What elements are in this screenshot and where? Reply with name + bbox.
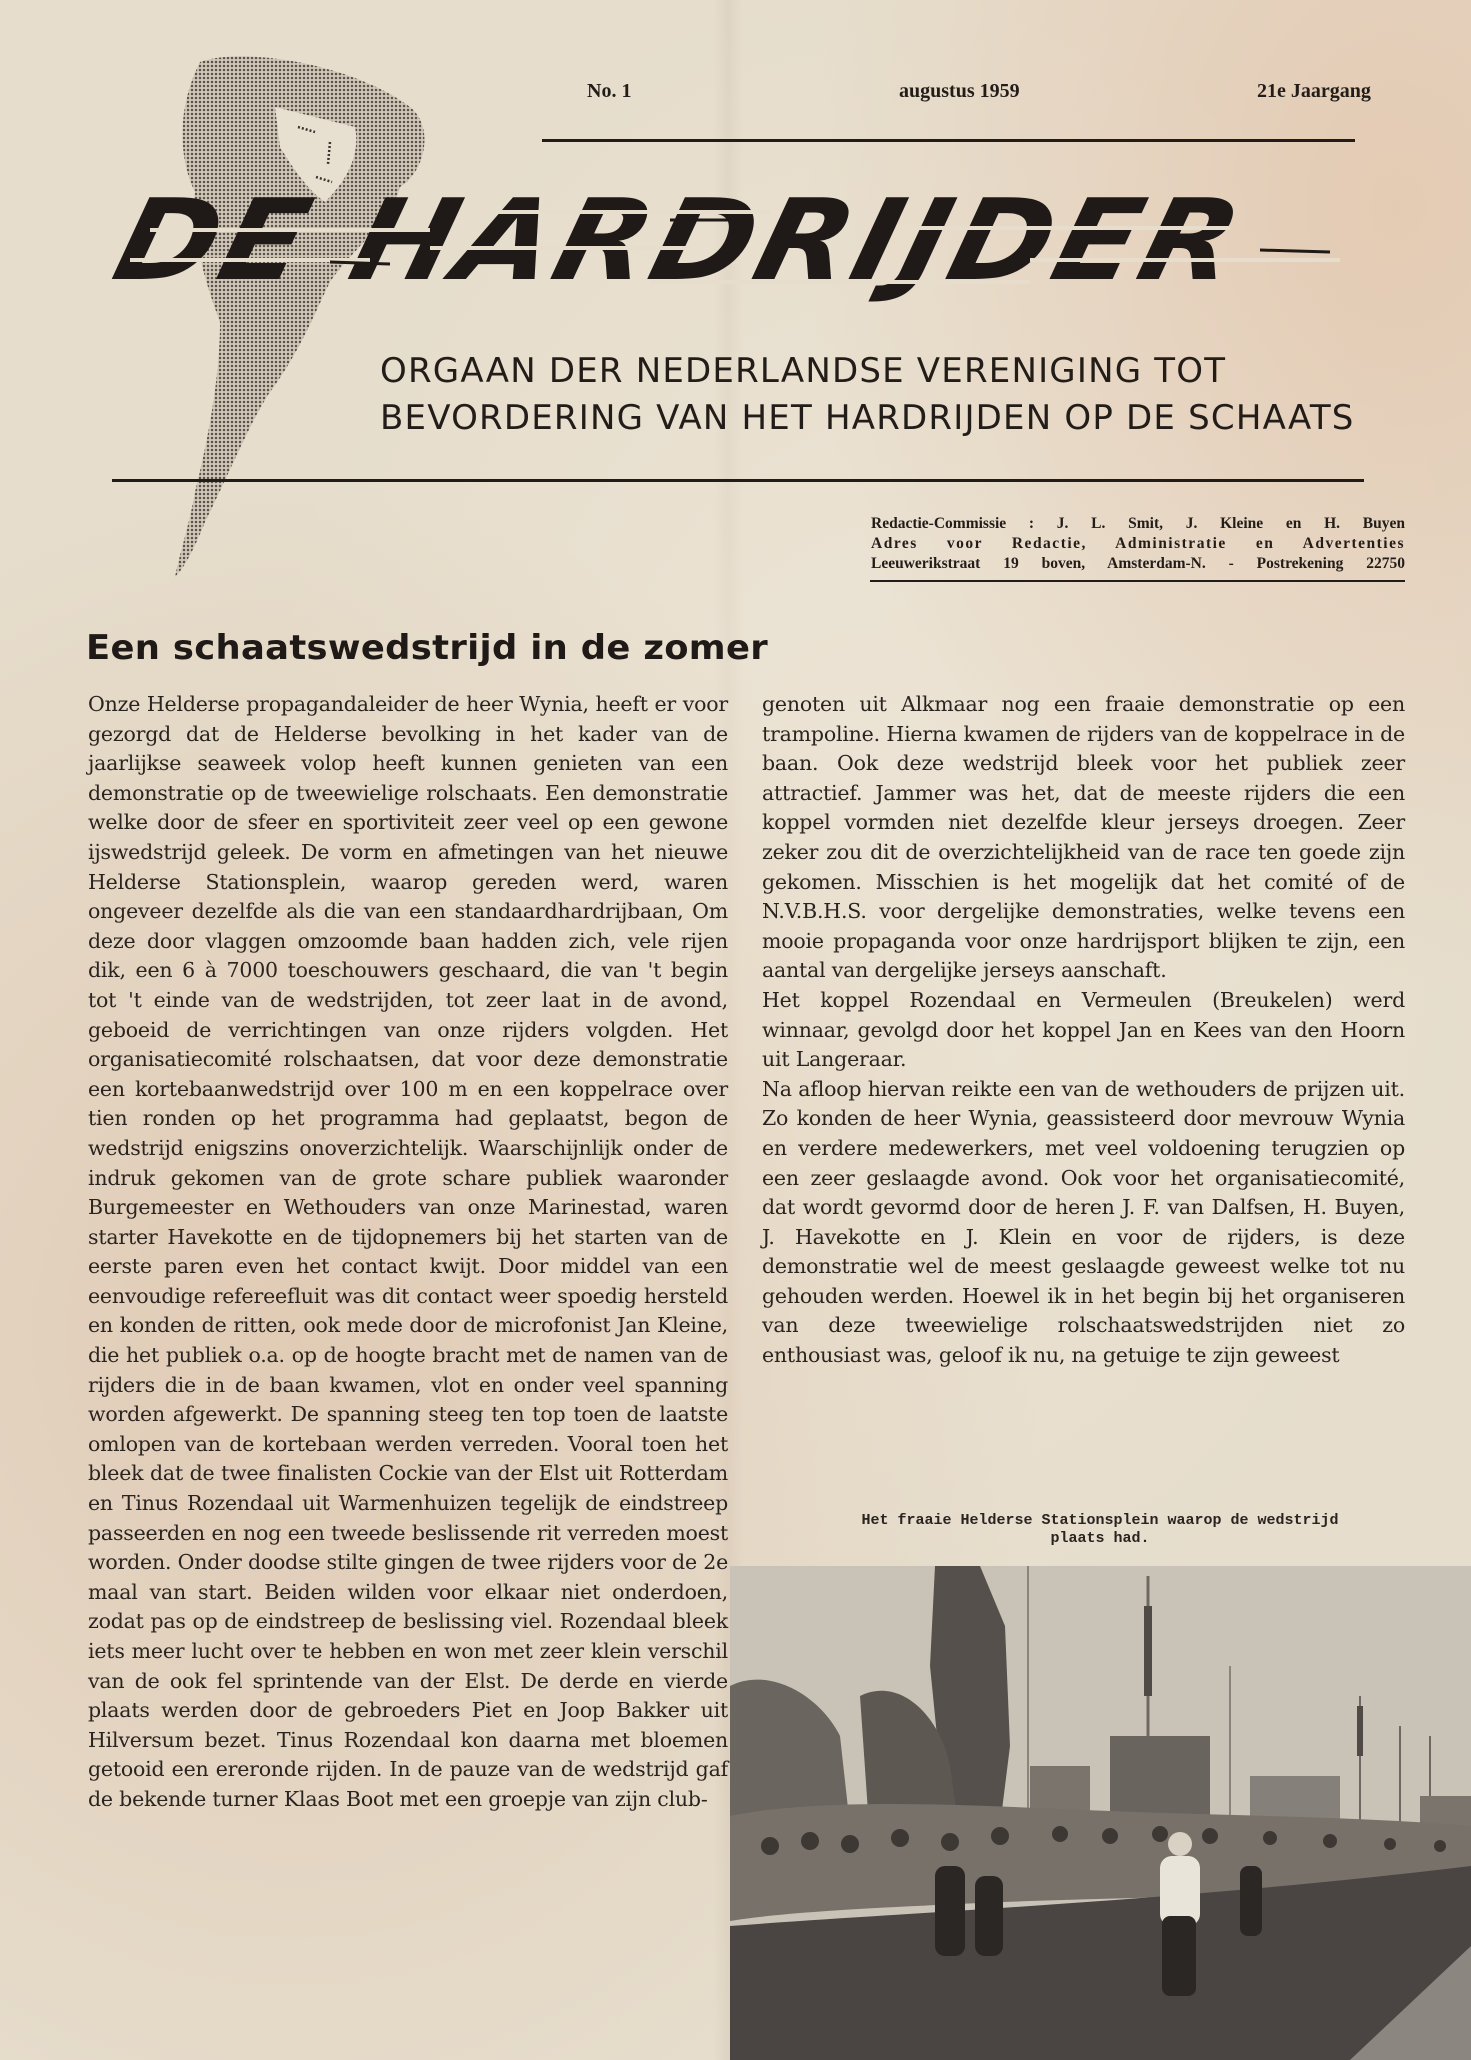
masthead-rule xyxy=(542,139,1355,142)
caption-line-1: Het fraaie Helderse Stationsplein waarop… xyxy=(820,1512,1380,1530)
caption-line-2: plaats had. xyxy=(820,1530,1380,1548)
masthead-bottom-rule xyxy=(112,479,1364,482)
paragraph: Het koppel Rozendaal en Vermeulen (Breuk… xyxy=(762,986,1405,1075)
masthead-subtitle: ORGAAN DER NEDERLANDSE VERENIGING TOT BE… xyxy=(380,348,1355,442)
subtitle-line-2: BEVORDERING VAN HET HARDRIJDEN OP DE SCH… xyxy=(380,395,1355,442)
article-headline: Een schaatswedstrijd in de zomer xyxy=(86,628,768,668)
paragraph: genoten uit Alkmaar nog een fraaie demon… xyxy=(762,690,1405,986)
colophon-rule xyxy=(870,580,1405,582)
colophon-address: Leeuwerikstraat 19 boven, Amsterdam-N. -… xyxy=(871,554,1405,574)
paragraph: Na afloop hiervan reikte een van de weth… xyxy=(762,1075,1405,1371)
colophon: Redactie-Commissie : J. L. Smit, J. Klei… xyxy=(871,514,1405,574)
article-photo xyxy=(730,1566,1471,2060)
article-column-2: genoten uit Alkmaar nog een fraaie demon… xyxy=(762,690,1405,1371)
paragraph: Onze Helderse propagandaleider de heer W… xyxy=(88,690,728,1815)
volume: 21e Jaargang xyxy=(1257,80,1371,103)
photo-caption: Het fraaie Helderse Stationsplein waarop… xyxy=(820,1512,1380,1548)
subtitle-line-1: ORGAAN DER NEDERLANDSE VERENIGING TOT xyxy=(380,348,1355,395)
colophon-editors: Redactie-Commissie : J. L. Smit, J. Klei… xyxy=(871,514,1405,534)
speed-lines-decoration xyxy=(130,190,1340,310)
issue-date: augustus 1959 xyxy=(899,80,1020,103)
colophon-address-label: Adres voor Redactie, Administratie en Ad… xyxy=(871,534,1405,554)
article-column-1: Onze Helderse propagandaleider de heer W… xyxy=(88,690,728,1815)
roller-skaters-photo-icon xyxy=(730,1566,1471,2060)
issue-number: No. 1 xyxy=(587,80,631,103)
skater-illustration xyxy=(150,52,440,582)
